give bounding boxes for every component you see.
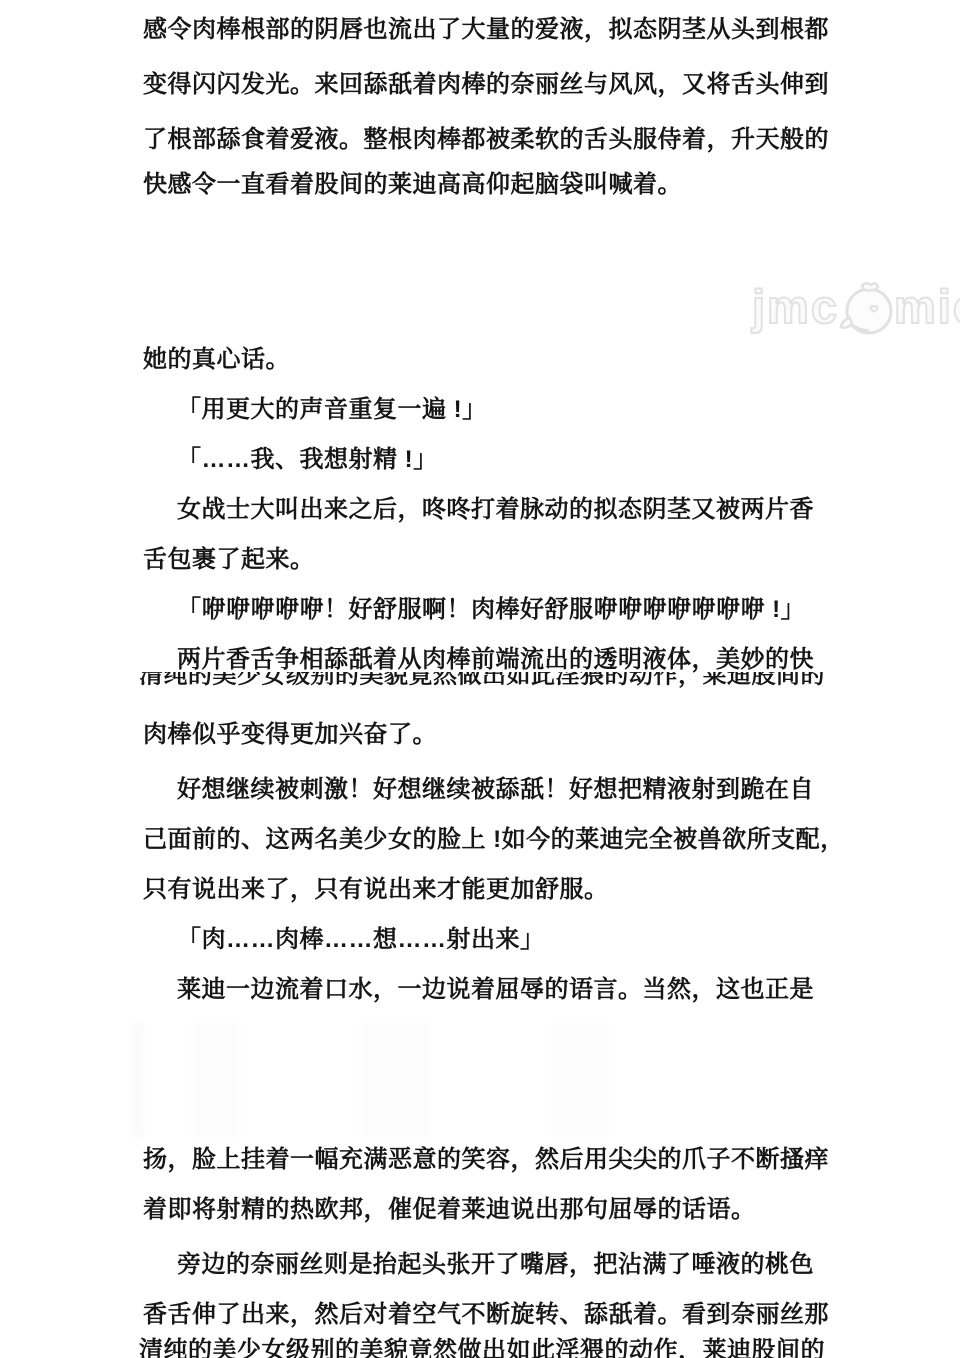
watermark-text-right: mic xyxy=(894,278,960,336)
glitched-clipped-line: 清纯的美少女级别的美貌竟然做出如此淫猥的动作，莱迪股间的 xyxy=(139,672,919,698)
text-line: 己面前的、这两名美少女的脸上 !如今的莱迪完全被兽欲所支配， xyxy=(143,823,863,857)
text-line: 「……我、我想射精 !」 xyxy=(177,443,897,477)
text-line: 清纯的美少女级别的美貌竟然做出如此淫猥的动作，莱迪股间的 xyxy=(139,672,919,692)
text-line: 清纯的美少女级别的美貌竟然做出如此淫猥的动作，莱迪股间的 xyxy=(139,1336,919,1358)
text-line: 只有说出来了，只有说出来才能更加舒服。 xyxy=(143,873,863,907)
text-line: 「用更大的声音重复一遍 !」 xyxy=(177,393,897,427)
text-line: 舌包裹了起来。 xyxy=(143,543,863,577)
text-line: 好想继续被刺激！好想继续被舔舐！好想把精液射到跪在自 xyxy=(177,773,897,807)
text-line: 旁边的奈丽丝则是抬起头张开了嘴唇，把沾满了唾液的桃色 xyxy=(177,1248,897,1282)
text-line: 「咿咿咿咿咿！好舒服啊！肉棒好舒服咿咿咿咿咿咿咿 !」 xyxy=(177,593,897,627)
jmcomic-watermark: jmc mic xyxy=(752,278,960,336)
watermark-text-left: jmc xyxy=(752,278,839,336)
text-line: 感令肉棒根部的阴唇也流出了大量的爱液，拟态阴茎从头到根都 xyxy=(143,13,863,47)
text-line: 莱迪一边流着口水，一边说着屈辱的语言。当然，这也正是 xyxy=(177,973,897,1007)
text-line: 女战士大叫出来之后，咚咚打着脉动的拟态阴茎又被两片香 xyxy=(177,493,897,527)
text-line: 香舌伸了出来，然后对着空气不断旋转、舔舐着。看到奈丽丝那 xyxy=(143,1298,863,1332)
bird-mascot-icon xyxy=(838,280,896,338)
text-line: 快感令一直看着股间的莱迪高高仰起脑袋叫喊着。 xyxy=(143,168,863,202)
text-line: 「肉……肉棒……想……射出来」 xyxy=(177,923,897,957)
bottom-cut-line: 清纯的美少女级别的美貌竟然做出如此淫猥的动作，莱迪股间的 xyxy=(139,1336,919,1358)
text-line: 她的真心话。 xyxy=(143,343,863,377)
text-line: 变得闪闪发光。来回舔舐着肉棒的奈丽丝与风风，又将舌头伸到 xyxy=(143,68,863,102)
novel-page: 感令肉棒根部的阴唇也流出了大量的爱液，拟态阴茎从头到根都 变得闪闪发光。来回舔舐… xyxy=(0,0,960,1358)
text-line: 着即将射精的热欧邦，催促着莱迪说出那句屈辱的话语。 xyxy=(143,1193,863,1227)
faint-ghost-artifacts xyxy=(130,1020,850,1140)
text-line: 扬，脸上挂着一幅充满恶意的笑容，然后用尖尖的爪子不断搔痒 xyxy=(143,1143,863,1177)
text-line: 了根部舔食着爱液。整根肉棒都被柔软的舌头服侍着，升天般的 xyxy=(143,123,863,157)
text-line: 肉棒似乎变得更加兴奋了。 xyxy=(143,718,863,752)
